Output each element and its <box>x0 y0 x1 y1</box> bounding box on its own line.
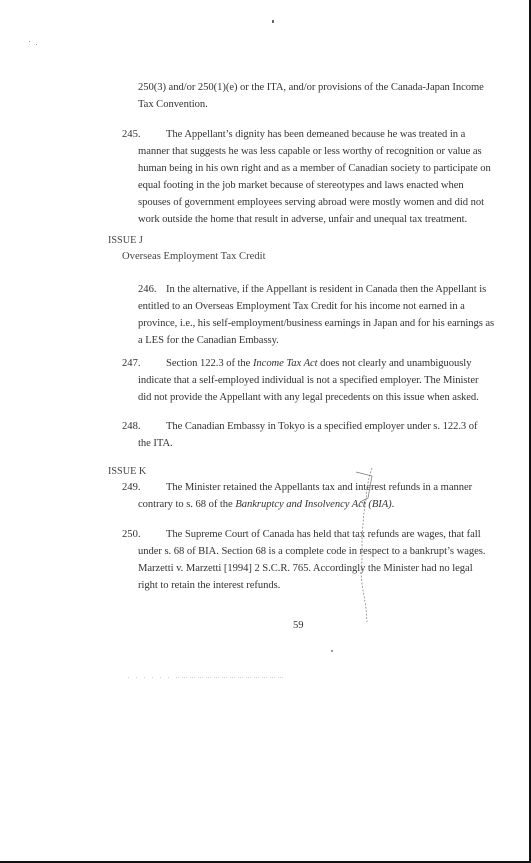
scan-dotted-line <box>178 677 283 678</box>
scan-speck <box>272 20 274 23</box>
scan-speck <box>36 44 37 45</box>
pen-mark-scribble <box>0 0 531 863</box>
scan-speck <box>331 650 333 652</box>
document-page: 250(3) and/or 250(1)(e) or the ITA, and/… <box>0 0 531 863</box>
scan-speck <box>29 41 30 42</box>
